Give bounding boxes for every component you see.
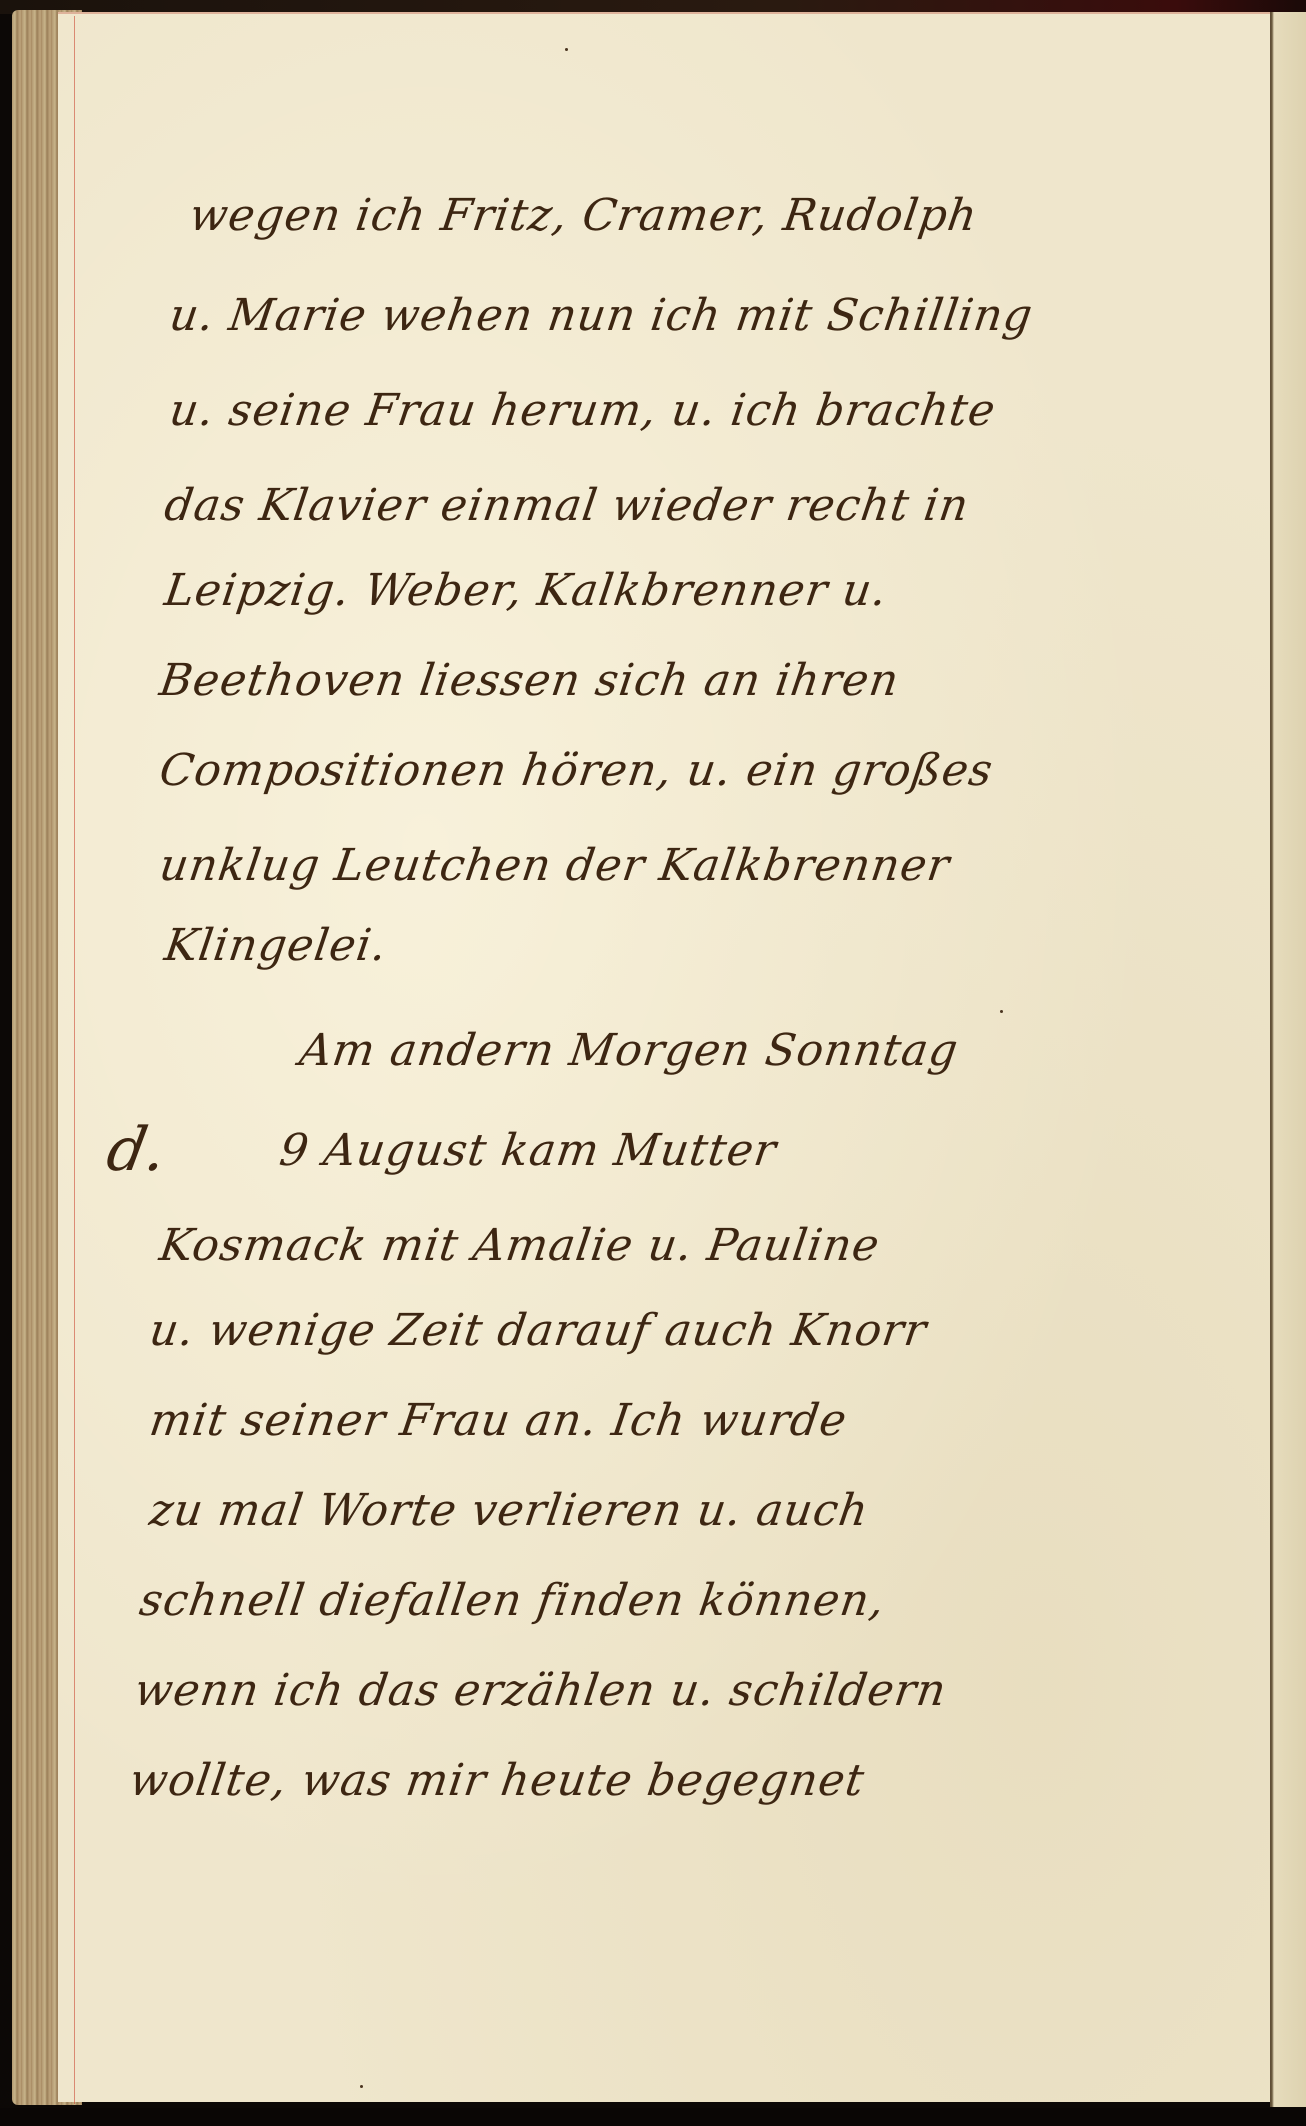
manuscript-line-18: wollte, was mir heute begegnet xyxy=(126,1755,867,1806)
manuscript-line-15: zu mal Worte verlieren u. auch xyxy=(146,1485,872,1536)
book-scan: d. wegen ich Fritz, Cramer, Rudolph u. M… xyxy=(0,0,1306,2126)
manuscript-line-14: mit seiner Frau an. Ich wurde xyxy=(146,1395,850,1446)
manuscript-line-10: Am andern Morgen Sonntag xyxy=(296,1025,961,1076)
ink-speck xyxy=(565,48,568,51)
manuscript-line-4: das Klavier einmal wieder recht in xyxy=(161,480,972,531)
binding-gutter xyxy=(1270,12,1306,2107)
manuscript-line-11: 9 August kam Mutter xyxy=(276,1125,779,1176)
manuscript-line-12: Kosmack mit Amalie u. Pauline xyxy=(156,1220,883,1271)
manuscript-line-2: u. Marie wehen nun ich mit Schilling xyxy=(166,290,1036,341)
manuscript-line-6: Beethoven liessen sich an ihren xyxy=(156,655,902,706)
manuscript-line-13: u. wenige Zeit darauf auch Knorr xyxy=(146,1305,930,1356)
manuscript-line-5: Leipzig. Weber, Kalkbrenner u. xyxy=(161,565,890,616)
manuscript-line-1: wegen ich Fritz, Cramer, Rudolph xyxy=(186,190,980,241)
manuscript-line-9: Klingelei. xyxy=(161,920,390,971)
ink-speck xyxy=(1000,1010,1003,1013)
manuscript-line-17: wenn ich das erzählen u. schildern xyxy=(131,1665,949,1716)
manuscript-line-16: schnell diefallen finden können, xyxy=(136,1575,888,1626)
manuscript-line-3: u. seine Frau herum, u. ich brachte xyxy=(166,385,999,436)
manuscript-line-8: unklug Leutchen der Kalkbrenner xyxy=(156,840,953,891)
top-red-edge xyxy=(58,12,1283,14)
left-margin-rule xyxy=(74,16,75,2104)
ink-speck xyxy=(360,2085,363,2088)
manuscript-line-7: Compositionen hören, u. ein großes xyxy=(156,745,996,796)
bottom-edge xyxy=(0,2108,1306,2126)
